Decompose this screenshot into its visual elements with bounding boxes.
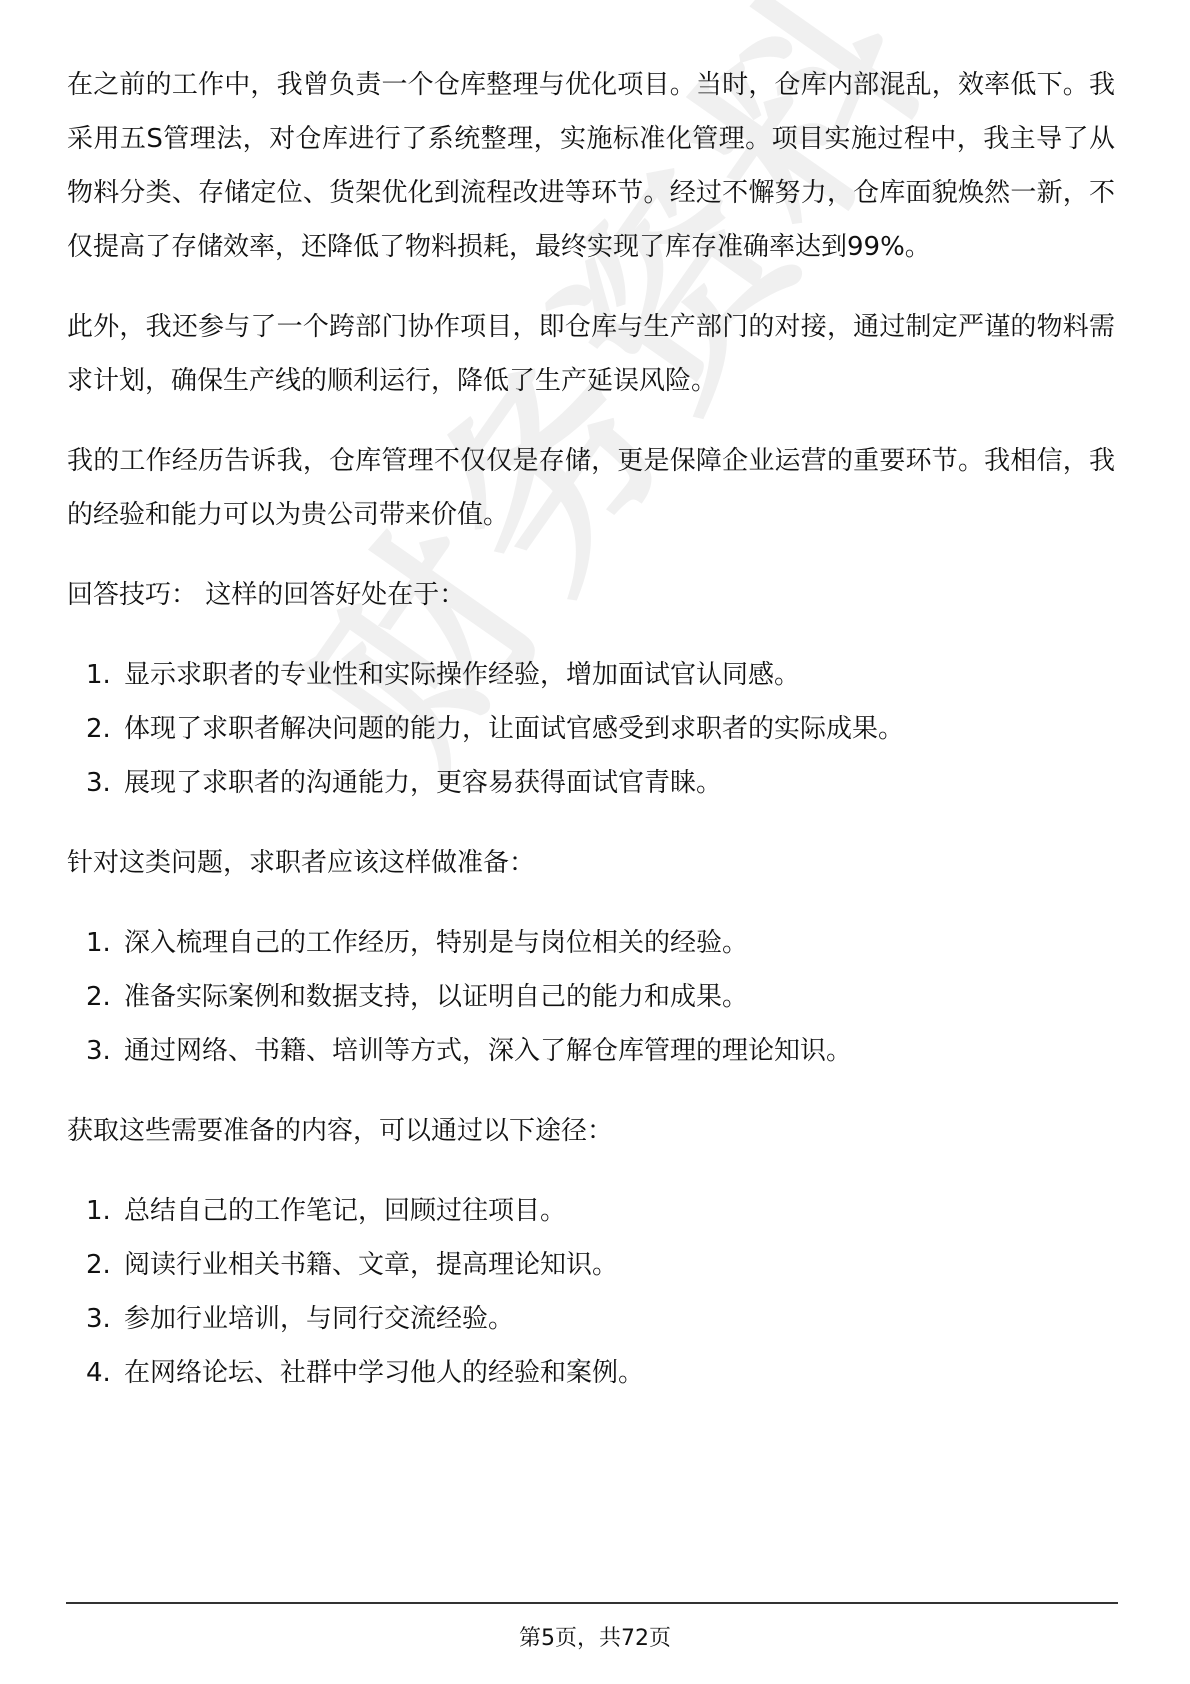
list-number: 3. (86, 1292, 124, 1346)
list-item: 3. 通过网络、书籍、培训等方式，深入了解仓库管理的理论知识。 (67, 1024, 1115, 1078)
tips-list: 1. 显示求职者的专业性和实际操作经验，增加面试官认同感。 2. 体现了求职者解… (67, 648, 1115, 810)
list-text: 展现了求职者的沟通能力，更容易获得面试官青睐。 (124, 756, 722, 810)
preparation-list: 1. 深入梳理自己的工作经历，特别是与岗位相关的经验。 2. 准备实际案例和数据… (67, 916, 1115, 1078)
list-text: 在网络论坛、社群中学习他人的经验和案例。 (124, 1346, 644, 1400)
paragraph-conclusion: 我的工作经历告诉我，仓库管理不仅仅是存储，更是保障企业运营的重要环节。我相信，我… (67, 434, 1115, 542)
page-indicator: 第5页，共72页 (0, 1624, 1190, 1654)
footer-divider (66, 1602, 1118, 1604)
list-text: 总结自己的工作笔记，回顾过往项目。 (124, 1184, 566, 1238)
list-item: 3. 展现了求职者的沟通能力，更容易获得面试官青睐。 (67, 756, 1115, 810)
list-number: 4. (86, 1346, 124, 1400)
list-item: 3. 参加行业培训，与同行交流经验。 (67, 1292, 1115, 1346)
list-item: 1. 深入梳理自己的工作经历，特别是与岗位相关的经验。 (67, 916, 1115, 970)
paragraph-project-experience: 在之前的工作中，我曾负责一个仓库整理与优化项目。当时，仓库内部混乱，效率低下。我… (67, 58, 1115, 274)
list-number: 2. (86, 1238, 124, 1292)
list-text: 显示求职者的专业性和实际操作经验，增加面试官认同感。 (124, 648, 800, 702)
list-item: 2. 阅读行业相关书籍、文章，提高理论知识。 (67, 1238, 1115, 1292)
list-text: 深入梳理自己的工作经历，特别是与岗位相关的经验。 (124, 916, 748, 970)
tips-heading: 回答技巧： 这样的回答好处在于： (67, 568, 1115, 622)
paragraph-cross-department: 此外，我还参与了一个跨部门协作项目，即仓库与生产部门的对接，通过制定严谨的物料需… (67, 300, 1115, 408)
list-item: 2. 准备实际案例和数据支持，以证明自己的能力和成果。 (67, 970, 1115, 1024)
document-page: 财务资料 在之前的工作中，我曾负责一个仓库整理与优化项目。当时，仓库内部混乱，效… (0, 0, 1190, 1684)
list-text: 参加行业培训，与同行交流经验。 (124, 1292, 514, 1346)
list-number: 1. (86, 648, 124, 702)
list-number: 2. (86, 970, 124, 1024)
list-text: 准备实际案例和数据支持，以证明自己的能力和成果。 (124, 970, 748, 1024)
page-content: 在之前的工作中，我曾负责一个仓库整理与优化项目。当时，仓库内部混乱，效率低下。我… (67, 58, 1115, 1426)
list-text: 通过网络、书籍、培训等方式，深入了解仓库管理的理论知识。 (124, 1024, 852, 1078)
list-number: 3. (86, 756, 124, 810)
list-text: 阅读行业相关书籍、文章，提高理论知识。 (124, 1238, 618, 1292)
list-text: 体现了求职者解决问题的能力，让面试官感受到求职者的实际成果。 (124, 702, 904, 756)
sources-heading: 获取这些需要准备的内容，可以通过以下途径： (67, 1104, 1115, 1158)
preparation-heading: 针对这类问题，求职者应该这样做准备： (67, 836, 1115, 890)
list-item: 1. 显示求职者的专业性和实际操作经验，增加面试官认同感。 (67, 648, 1115, 702)
list-number: 1. (86, 916, 124, 970)
sources-list: 1. 总结自己的工作笔记，回顾过往项目。 2. 阅读行业相关书籍、文章，提高理论… (67, 1184, 1115, 1400)
list-item: 2. 体现了求职者解决问题的能力，让面试官感受到求职者的实际成果。 (67, 702, 1115, 756)
list-number: 3. (86, 1024, 124, 1078)
list-item: 1. 总结自己的工作笔记，回顾过往项目。 (67, 1184, 1115, 1238)
list-number: 1. (86, 1184, 124, 1238)
list-number: 2. (86, 702, 124, 756)
list-item: 4. 在网络论坛、社群中学习他人的经验和案例。 (67, 1346, 1115, 1400)
